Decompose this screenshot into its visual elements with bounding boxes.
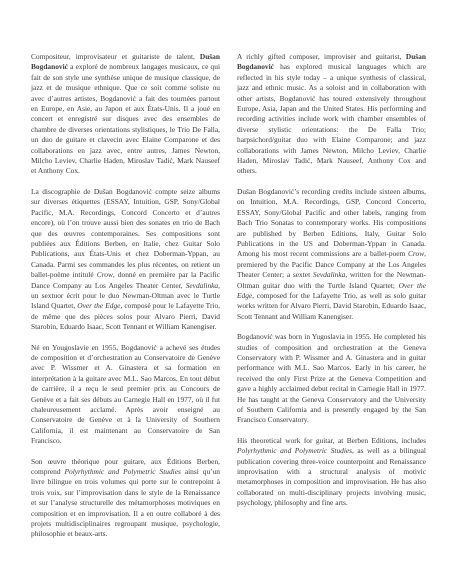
italic-title: Crow — [97, 270, 113, 279]
two-column-layout: Compositeur, improvisateur et guitariste… — [31, 52, 426, 550]
paragraph: Né en Yougoslavie en 1955, Bogdanović a … — [31, 343, 220, 447]
document-page: Compositeur, improvisateur et guitariste… — [0, 0, 450, 582]
french-column: Compositeur, improvisateur et guitariste… — [31, 52, 220, 550]
text-run: Bogdanović was born in Yugoslavia in 195… — [237, 332, 426, 424]
paragraph: La discographie de Dušan Bogdanović comp… — [31, 187, 220, 333]
paragraph: His theoretical work for guitar, at Berb… — [237, 436, 426, 509]
text-run: ainsi qu’un livre bilingue en trois volu… — [31, 467, 220, 538]
text-run: Compositeur, improvisateur et guitariste… — [31, 52, 200, 61]
text-run: La discographie de Dušan Bogdanović comp… — [31, 187, 220, 279]
text-run: a exploré de nombreux langages musicaux,… — [31, 62, 220, 175]
text-run: , composed for the Lafayette Trio, as we… — [237, 291, 426, 321]
paragraph: Son œuvre théorique pour guitare, aux Éd… — [31, 457, 220, 540]
italic-title: Sevdalinka — [186, 281, 218, 290]
english-column: A richly gifted composer, improviser and… — [237, 52, 426, 550]
text-run: Né en Yougoslavie en 1955, Bogdanović a … — [31, 343, 220, 446]
paragraph: Bogdanović was born in Yugoslavia in 195… — [237, 332, 426, 426]
italic-title: Polyrhythmic and Polymetric Studies — [237, 446, 352, 455]
italic-title: Over the Edge — [77, 301, 120, 310]
paragraph: A richly gifted composer, improviser and… — [237, 52, 426, 177]
italic-title: Polyrhythmic and Polymetric Studies — [65, 467, 181, 476]
italic-title: Crow — [408, 249, 424, 258]
text-run: Dušan Bogdanović’s recording credits inc… — [237, 187, 426, 258]
italic-title: Sevdalinka — [313, 270, 345, 279]
text-run: A richly gifted composer, improviser and… — [237, 52, 406, 61]
text-run: His theoretical work for guitar, at Berb… — [237, 436, 426, 445]
text-run: , as well as a bilingual publication cov… — [237, 446, 426, 507]
paragraph: Dušan Bogdanović’s recording credits inc… — [237, 187, 426, 322]
paragraph: Compositeur, improvisateur et guitariste… — [31, 52, 220, 177]
text-run: has explored musical languages which are… — [237, 62, 426, 175]
